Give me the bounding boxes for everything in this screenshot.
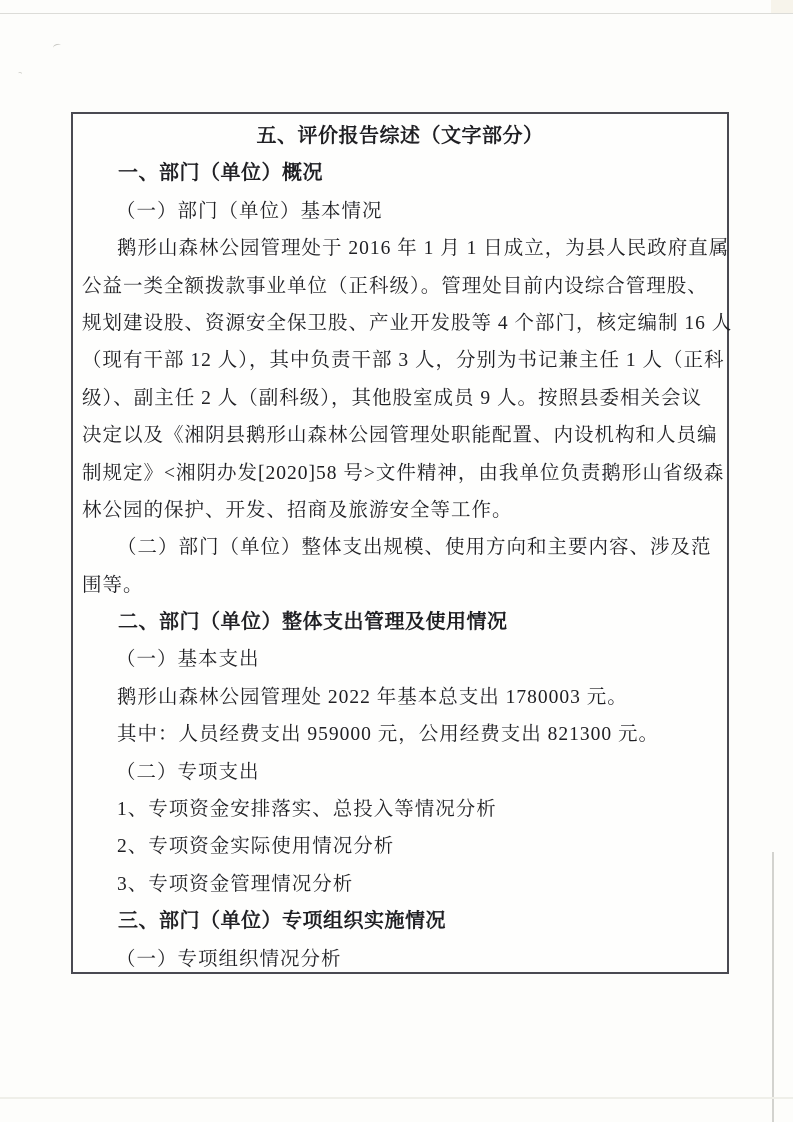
text-line: 公益一类全额拨款事业单位（正科级）。管理处目前内设综合管理股、 [82,268,718,305]
scan-artifact-page-edge [772,852,774,1122]
list-item-line: 2、专项资金实际使用情况分析 [82,828,718,865]
text-line: 其中：人员经费支出 959000 元，公用经费支出 821300 元。 [82,716,718,753]
scan-artifact-bottom-line [0,1097,793,1099]
subsection-heading: （一）专项组织情况分析 [82,941,718,978]
subsection-heading: （二）专项支出 [82,754,718,791]
text-line: 制规定》<湘阴办发[2020]58 号>文件精神，由我单位负责鹅形山省级森 [82,455,718,492]
text-line: 规划建设股、资源安全保卫股、产业开发股等 4 个部门，核定编制 16 人 [82,305,718,342]
text-line: 围等。 [82,567,718,604]
text-line: （现有干部 12 人），其中负责干部 3 人，分别为书记兼主任 1 人（正科 [82,342,718,379]
text-line: 级）、副主任 2 人（副科级），其他股室成员 9 人。按照县委相关会议 [82,380,718,417]
report-text-frame: 五、评价报告综述（文字部分） 一、部门（单位）概况 （一）部门（单位）基本情况 … [71,112,729,974]
section-heading: 一、部门（单位）概况 [82,155,718,192]
section-heading: 二、部门（单位）整体支出管理及使用情况 [82,604,718,641]
subsection-heading: （一）基本支出 [82,641,718,678]
scan-artifact-corner-tint [771,0,793,13]
scan-artifact-speck [52,43,61,50]
list-item-line: 3、专项资金管理情况分析 [82,866,718,903]
subsection-heading: （一）部门（单位）基本情况 [82,193,718,230]
text-line: 林公园的保护、开发、招商及旅游安全等工作。 [82,492,718,529]
doc-title: 五、评价报告综述（文字部分） [82,118,718,155]
scan-artifact-top-line [0,13,793,14]
text-line: 鹅形山森林公园管理处 2022 年基本总支出 1780003 元。 [82,679,718,716]
scan-artifact-speck [18,72,23,77]
list-item-line: 1、专项资金安排落实、总投入等情况分析 [82,791,718,828]
text-line: （二）部门（单位）整体支出规模、使用方向和主要内容、涉及范 [82,529,718,566]
text-line: 决定以及《湘阴县鹅形山森林公园管理处职能配置、内设机构和人员编 [82,417,718,454]
section-heading: 三、部门（单位）专项组织实施情况 [82,903,718,940]
text-line: 鹅形山森林公园管理处于 2016 年 1 月 1 日成立，为县人民政府直属 [82,230,718,267]
